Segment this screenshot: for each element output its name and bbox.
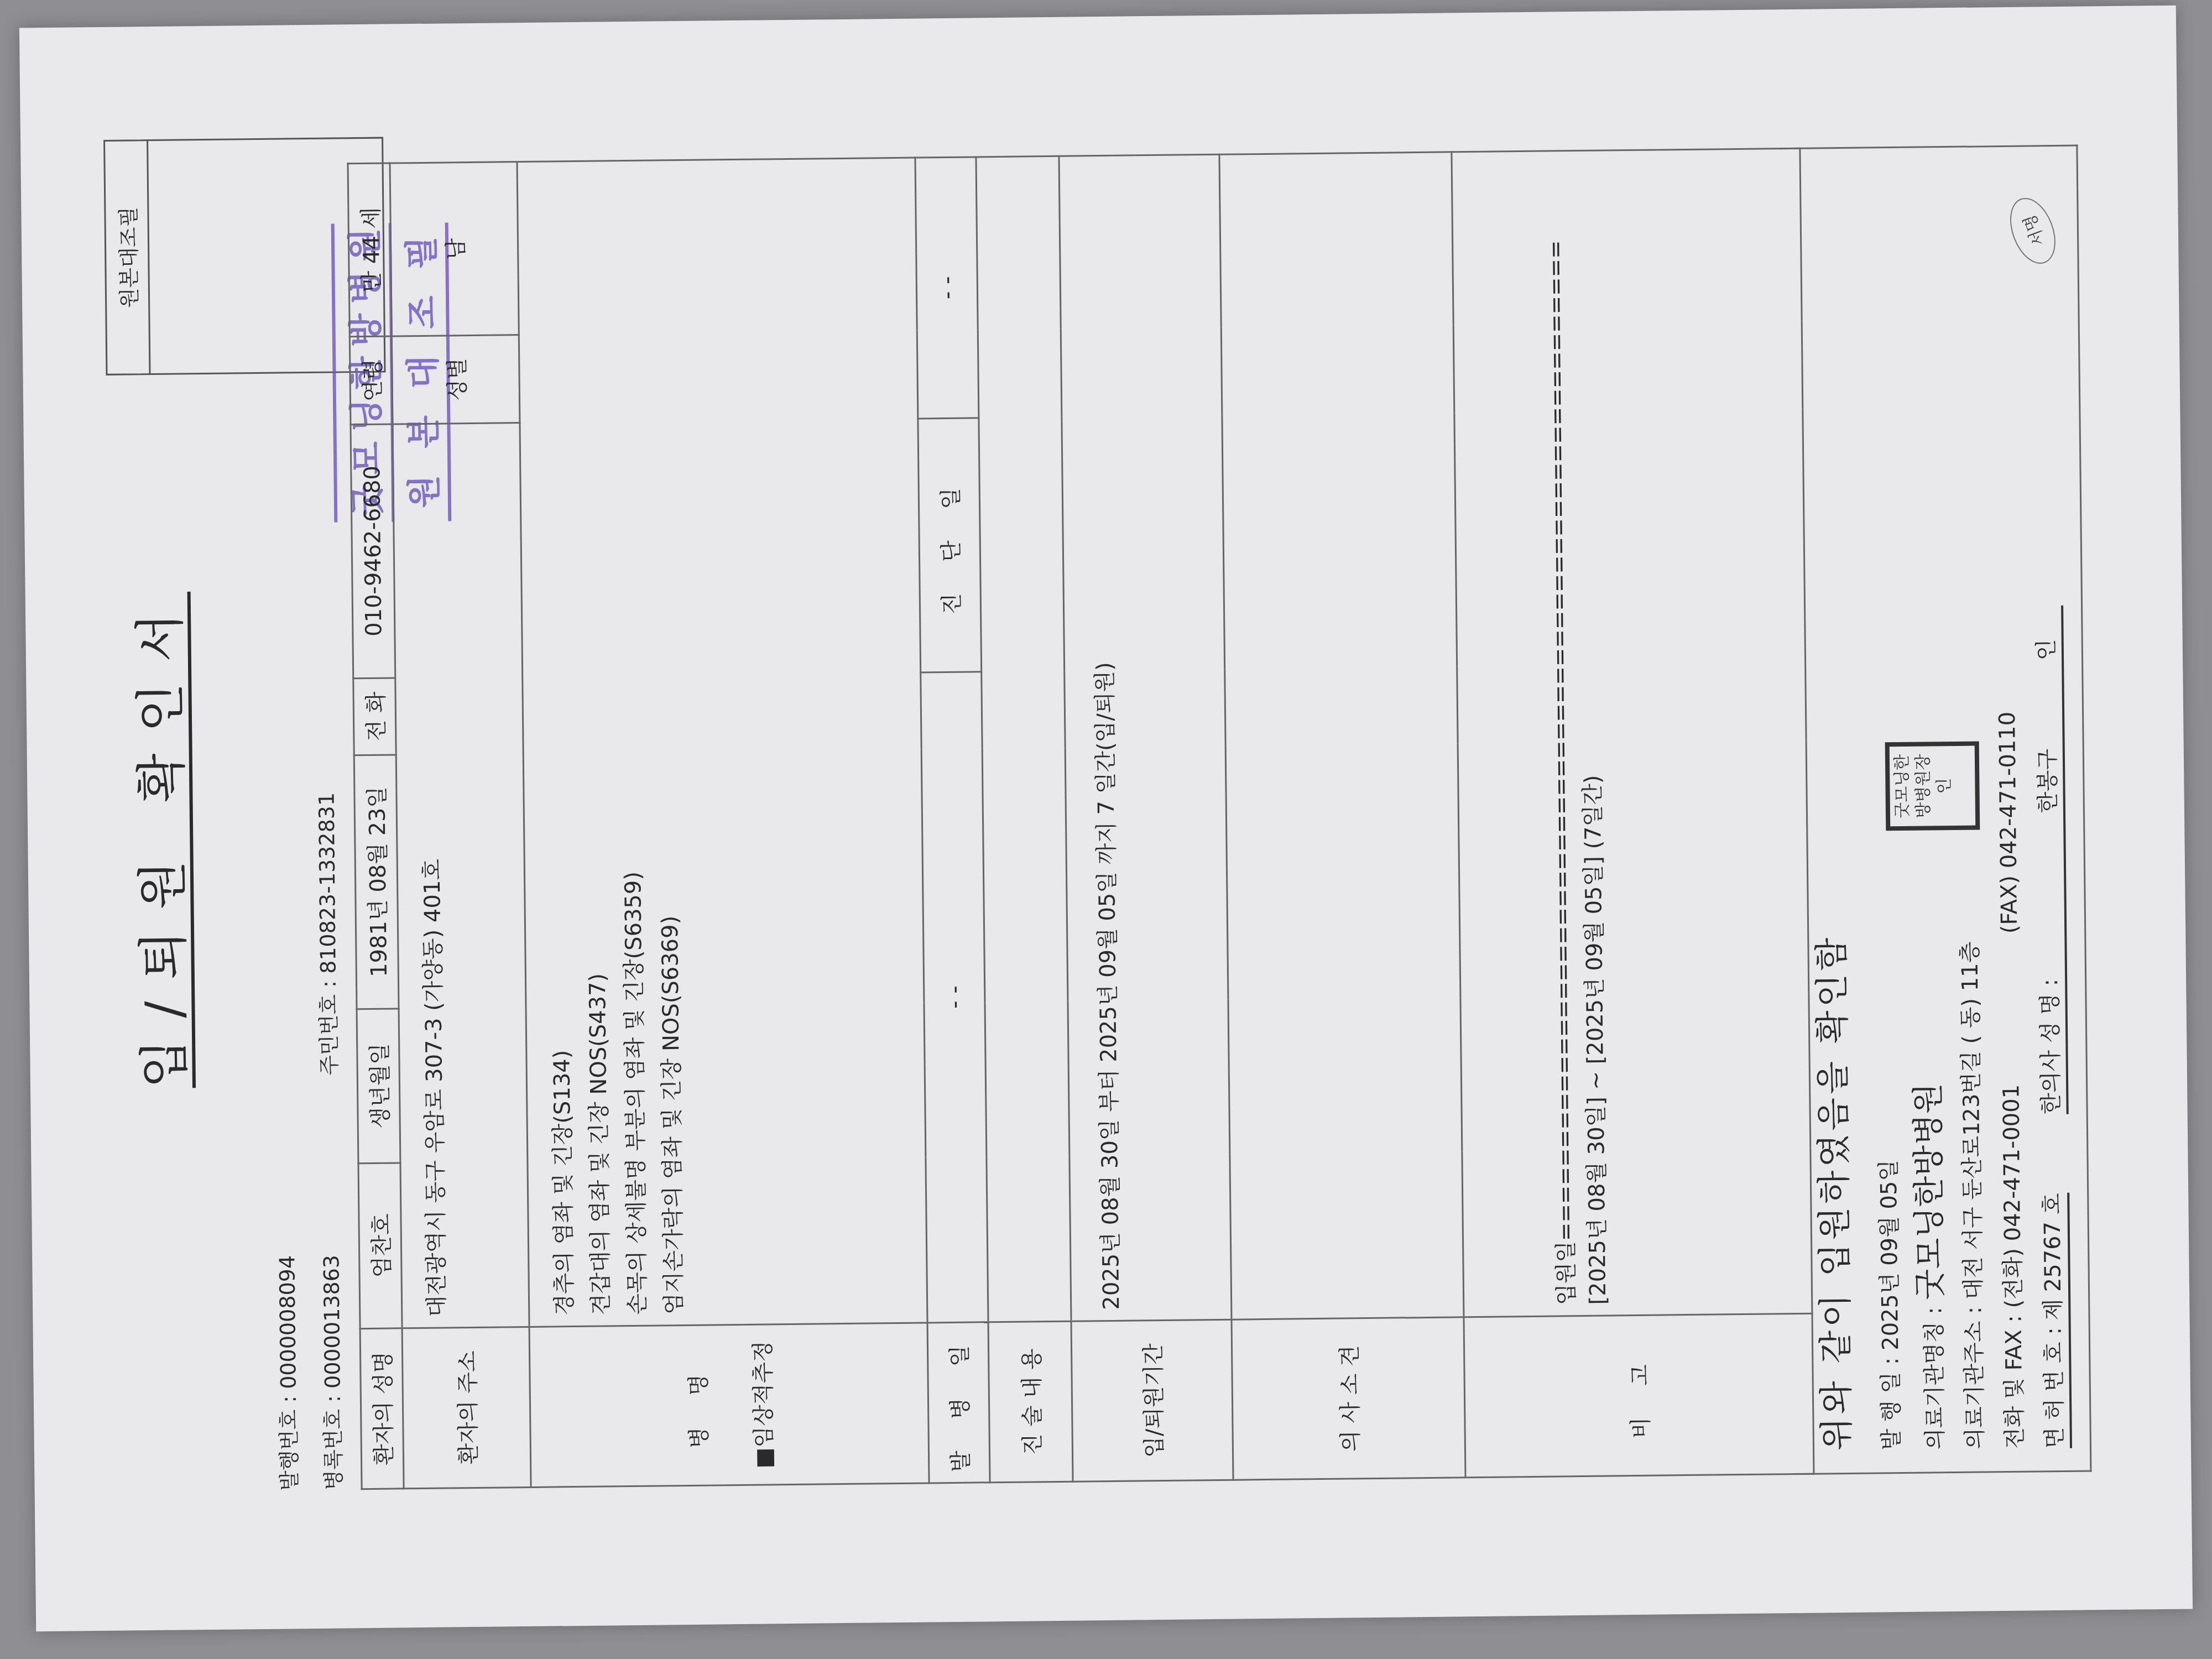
address-value: 대전광역시 동구 우암로 307-3 (가양동) 401호	[393, 422, 529, 1328]
remarks-value: 입원일=====================================…	[1452, 148, 1812, 1317]
statement-row: 진 술 내 용	[976, 156, 1073, 1482]
original-verified-label: 원본대조필	[105, 141, 150, 374]
issue-number: 발행번호 : 0000008094	[270, 1255, 302, 1491]
doctor-name-field: 한의사 성 명 :한봉구인	[2033, 606, 2069, 1114]
diagnosis-row: 병 명 ■임상적추정 경추의 염좌 및 긴장(S134) 견갑대의 염좌 및 긴…	[517, 158, 929, 1487]
doctor-name: 한봉구	[2035, 749, 2061, 813]
info-table: 환자의 성명 엄찬호 생년월일 1981년 08월 23일 전 화 010-94…	[347, 148, 1815, 1490]
institution-name-label: 의료기관명칭	[1922, 1321, 1948, 1449]
diagnosis-list: 경추의 염좌 및 긴장(S134) 견갑대의 염좌 및 긴장 NOS(S437)…	[517, 158, 927, 1327]
confirmation-statement: 위와 같이 입원하였음을 확인함	[1796, 171, 1859, 1451]
issue-number-value: 0000008094	[275, 1255, 301, 1389]
period-label: 입/퇴원기간	[1071, 1319, 1233, 1481]
hospital-seal-stamp: 굿모닝한방병원장인	[1885, 741, 1980, 831]
phone-value: 010-9462-6680	[351, 424, 395, 679]
license-value: 제 25767 호	[2039, 1193, 2066, 1320]
remarks-row: 비 고 입원일=================================…	[1452, 148, 1814, 1477]
seal-suffix: 인	[2034, 639, 2059, 660]
opinion-label: 의 사 소 견	[1232, 1317, 1465, 1480]
issue-date-value: 2025년 09월 05일	[1876, 1160, 1904, 1350]
diagnosis-date-label: 진 단 일	[918, 418, 982, 672]
name-value: 엄찬호	[358, 1163, 402, 1329]
phone-fax-label: 전화 및 FAX	[2001, 1329, 2028, 1449]
phone-label: 전 화	[353, 678, 396, 755]
onset-value: - -	[921, 671, 988, 1322]
document-title: 입/퇴원 확인서	[119, 592, 197, 1089]
statement-value	[976, 156, 1071, 1322]
institution-fax: (FAX) 042-471-0110	[1995, 712, 2022, 934]
doctor-label: 한의사 성 명 :	[2037, 979, 2064, 1114]
record-number-value: 0000013863	[319, 1255, 345, 1389]
statement-label: 진 술 내 용	[988, 1321, 1073, 1483]
institution-address-label: 의료기관주소	[1961, 1321, 1988, 1449]
license-number: 면 허 번 호 : 제 25767 호	[2039, 1193, 2072, 1448]
address-row: 환자의 주소 대전광역시 동구 우암로 307-3 (가양동) 401호 성별 …	[390, 162, 531, 1489]
period-row: 입/퇴원기간 2025년 08월 30일 부터 2025년 09월 05일 까지…	[1059, 154, 1233, 1481]
photo-background: 발행번호 : 0000008094 병록번호 : 0000013863 주민번호…	[0, 0, 2212, 1659]
diagnosis-label-cell: 병 명 ■임상적추정	[529, 1323, 929, 1488]
period-value: 2025년 08월 30일 부터 2025년 09월 05일 까지 7 일간(입…	[1059, 154, 1232, 1321]
institution-name-value: 굿모닝한방병원	[1909, 1083, 1949, 1300]
record-number: 병록번호 : 0000013863	[314, 1255, 347, 1490]
sex-label: 성별	[392, 335, 520, 424]
address-label: 환자의 주소	[402, 1327, 531, 1489]
onset-label: 발 병 일	[927, 1322, 990, 1483]
birth-value: 1981년 08월 23일	[354, 755, 399, 1009]
resident-number-label: 주민번호	[316, 994, 342, 1076]
confirmation-section: 위와 같이 입원하였음을 확인함 발 행 일 : 2025년 09월 05일 의…	[1779, 145, 2091, 1475]
diagnosis-date-value: - -	[915, 157, 979, 419]
sex-value: 남	[390, 162, 519, 336]
age-label: 연령	[349, 336, 393, 425]
issue-date-label: 발 행 일	[1879, 1372, 1905, 1451]
clinical-estimate-label: ■임상적추정	[745, 1335, 778, 1474]
license-label: 면 허 번 호	[2041, 1342, 2068, 1448]
remarks-label: 비 고	[1464, 1313, 1814, 1478]
record-number-label: 병록번호	[321, 1409, 346, 1490]
resident-number: 주민번호 : 810823-1332831	[309, 792, 342, 1076]
institution-phone: (전화) 042-471-0001	[1999, 1084, 2026, 1308]
birth-label: 생년월일	[357, 1009, 400, 1164]
name-label: 환자의 성명	[360, 1328, 404, 1489]
issue-number-label: 발행번호	[276, 1409, 302, 1490]
document-page: 발행번호 : 0000008094 병록번호 : 0000013863 주민번호…	[19, 6, 2193, 1632]
diagnosis-label: 병 명	[680, 1335, 713, 1475]
age-value: 만 44 세	[348, 163, 392, 336]
opinion-value	[1219, 152, 1464, 1319]
resident-number-value: 810823-1332831	[314, 792, 340, 974]
opinion-row: 의 사 소 견	[1219, 152, 1465, 1480]
institution-address-value: 대전 서구 둔산로123번길 ( 동) 11층	[1957, 942, 1986, 1300]
